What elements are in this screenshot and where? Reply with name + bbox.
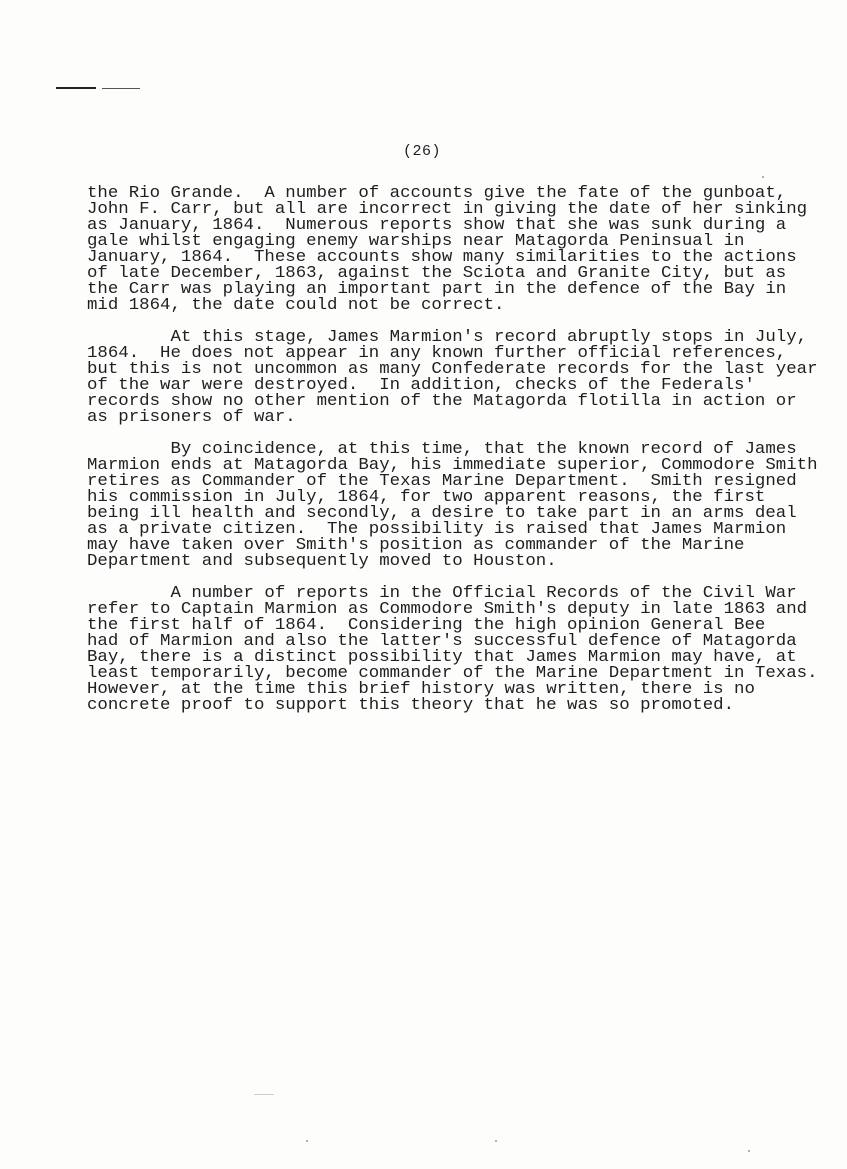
body-text: the Rio Grande. A number of accounts giv… [87, 186, 827, 730]
scan-speck [306, 1140, 308, 1142]
scan-speck [748, 1150, 750, 1152]
text-line: mid 1864, the date could not be correct. [87, 298, 827, 314]
scan-speck [762, 176, 764, 178]
page-number: (26) [403, 143, 441, 160]
paragraph: By coincidence, at this time, that the k… [87, 442, 827, 570]
paragraph: the Rio Grande. A number of accounts giv… [87, 186, 827, 314]
paragraph: At this stage, James Marmion's record ab… [87, 330, 827, 426]
scan-speck [495, 1140, 497, 1142]
text-line: as prisoners of war. [87, 410, 827, 426]
paragraph: A number of reports in the Official Reco… [87, 586, 827, 714]
text-line: concrete proof to support this theory th… [87, 698, 827, 714]
scan-speck [254, 1094, 274, 1095]
scan-mark [102, 88, 140, 89]
scan-mark [56, 87, 96, 89]
text-line: Department and subsequently moved to Hou… [87, 554, 827, 570]
